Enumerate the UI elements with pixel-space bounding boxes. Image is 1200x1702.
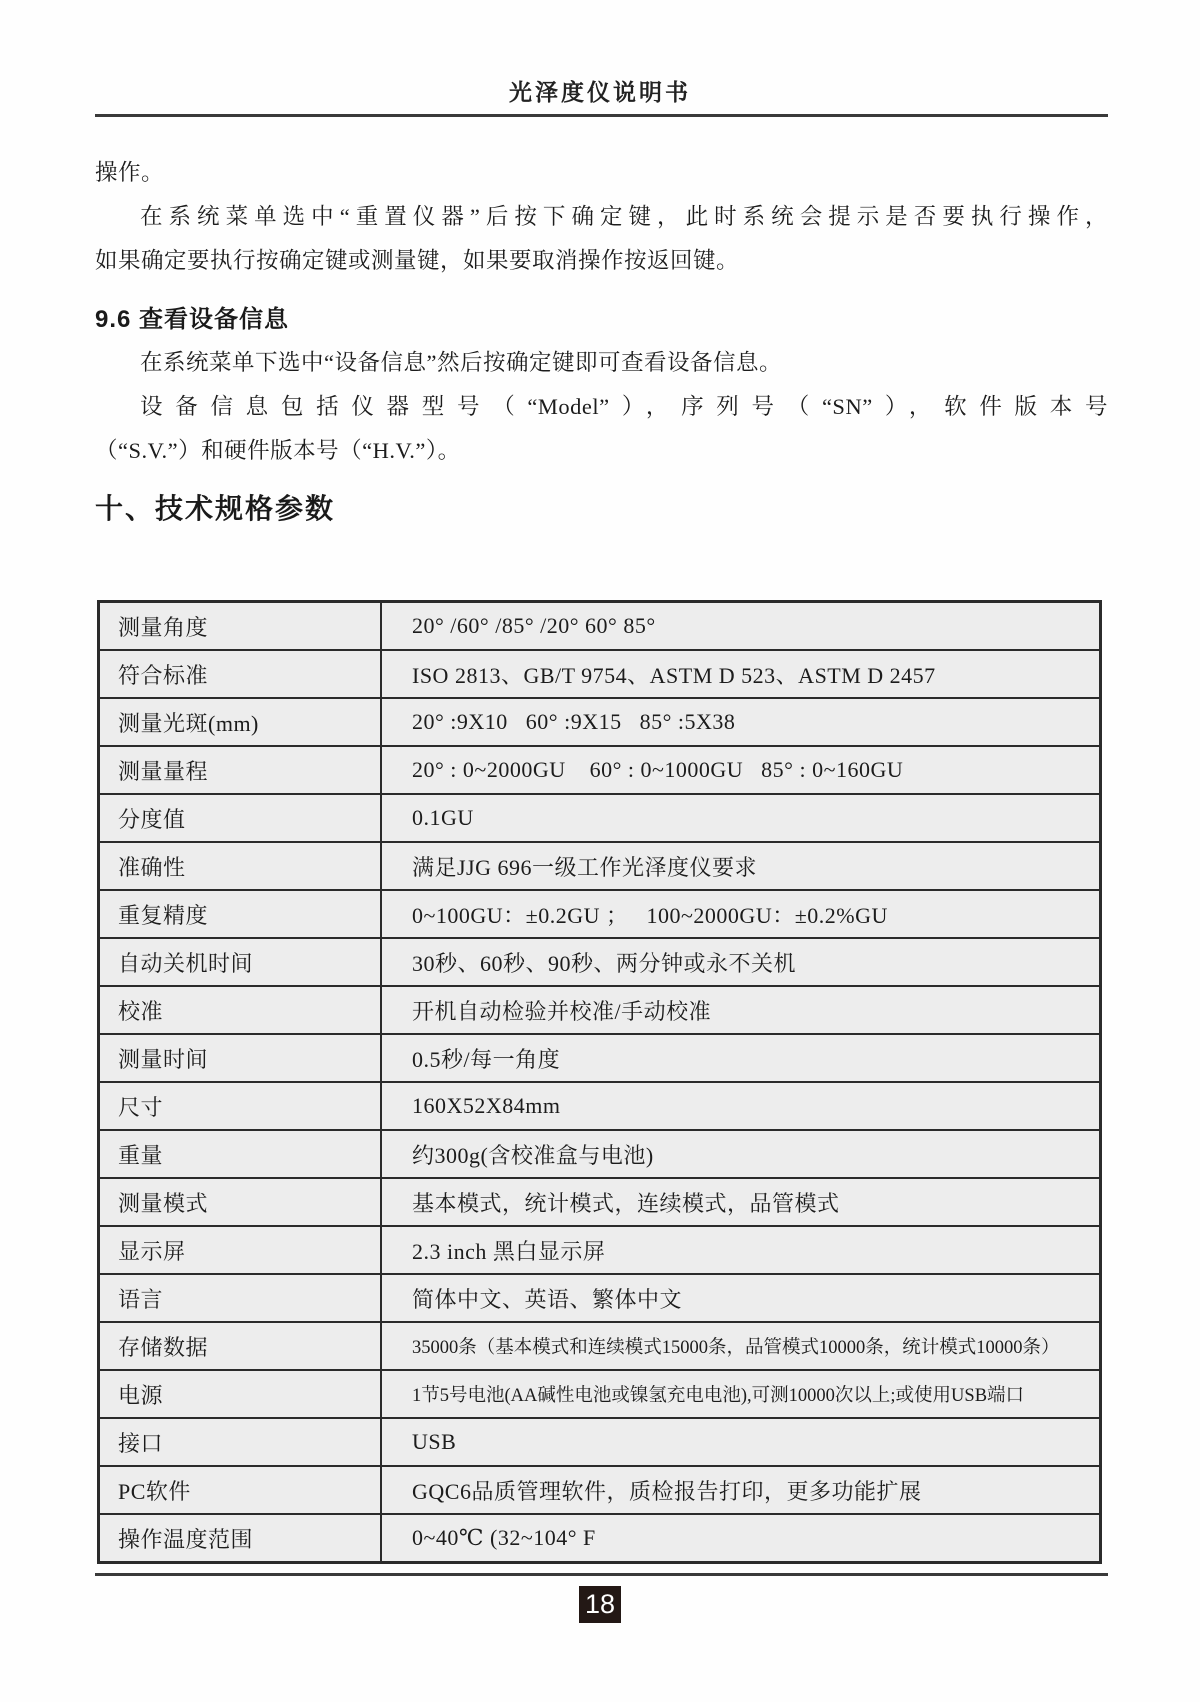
page-number-badge: 18 [579,1586,621,1623]
spec-label: 测量时间 [99,1034,382,1082]
spec-label: 校准 [99,986,382,1034]
spec-value: 160X52X84mm [381,1082,1101,1130]
spec-label: 测量量程 [99,746,382,794]
intro-reset-line1: 在系统菜单选中“重置仪器”后按下确定键，此时系统会提示是否要执行操作， [95,195,1108,239]
specs-table: 测量角度 20° /60° /85° /20° 60° 85° 符合标准 ISO… [97,600,1102,1564]
intro-operation-line: 操作。 [95,151,1108,195]
spec-label: 测量模式 [99,1178,382,1226]
spec-value: 基本模式，统计模式，连续模式，品管模式 [381,1178,1101,1226]
spec-value: 0.5秒/每一角度 [381,1034,1101,1082]
table-row-measure-angle: 测量角度 20° /60° /85° /20° 60° 85° [99,602,1101,651]
spec-label: 存储数据 [99,1322,382,1370]
spec-label: 接口 [99,1418,382,1466]
table-row-dimensions: 尺寸 160X52X84mm [99,1082,1101,1130]
spec-value: 1节5号电池(AA碱性电池或镍氢充电电池),可测10000次以上;或使用USB端… [381,1370,1101,1418]
spec-label: 准确性 [99,842,382,890]
spec-label: 测量光斑(mm) [99,698,382,746]
spec-value: 20° /60° /85° /20° 60° 85° [381,602,1101,651]
spec-value: 约300g(含校准盒与电池) [381,1130,1101,1178]
table-row-standards: 符合标准 ISO 2813、GB/T 9754、ASTM D 523、ASTM … [99,650,1101,698]
table-row-division-value: 分度值 0.1GU [99,794,1101,842]
footer-rule [95,1573,1108,1576]
spec-label: 重复精度 [99,890,382,938]
spec-label: 显示屏 [99,1226,382,1274]
spec-label: 自动关机时间 [99,938,382,986]
section-9-6-body: 在系统菜单下选中“设备信息”然后按确定键即可查看设备信息。 设备信息包括仪器型号… [95,341,1108,473]
spec-value: 20° : 0~2000GU 60° : 0~1000GU 85° : 0~16… [381,746,1101,794]
spec-label: 符合标准 [99,650,382,698]
table-row-auto-off: 自动关机时间 30秒、60秒、90秒、两分钟或永不关机 [99,938,1101,986]
spec-label: 语言 [99,1274,382,1322]
manual-page: 光泽度仪说明书 操作。 在系统菜单选中“重置仪器”后按下确定键，此时系统会提示是… [0,0,1200,1702]
header-rule [95,114,1108,117]
spec-value: 2.3 inch 黑白显示屏 [381,1226,1101,1274]
spec-label: 分度值 [99,794,382,842]
table-row-display: 显示屏 2.3 inch 黑白显示屏 [99,1226,1101,1274]
spec-value: 0~100GU：±0.2GU ； 100~2000GU：±0.2%GU [381,890,1101,938]
table-row-measure-time: 测量时间 0.5秒/每一角度 [99,1034,1101,1082]
table-row-power: 电源 1节5号电池(AA碱性电池或镍氢充电电池),可测10000次以上;或使用U… [99,1370,1101,1418]
table-row-storage: 存储数据 35000条（基本模式和连续模式15000条，品管模式10000条，统… [99,1322,1101,1370]
section-9-6-heading: 9.6 查看设备信息 [95,299,289,334]
table-row-spot-size: 测量光斑(mm) 20° :9X10 60° :9X15 85° :5X38 [99,698,1101,746]
spec-value: 30秒、60秒、90秒、两分钟或永不关机 [381,938,1101,986]
spec-value: 20° :9X10 60° :9X15 85° :5X38 [381,698,1101,746]
document-title: 光泽度仪说明书 [0,74,1200,107]
section-10-heading: 十、技术规格参数 [95,487,335,527]
table-row-measure-modes: 测量模式 基本模式，统计模式，连续模式，品管模式 [99,1178,1101,1226]
spec-value: 满足JJG 696一级工作光泽度仪要求 [381,842,1101,890]
table-row-repeatability: 重复精度 0~100GU：±0.2GU ； 100~2000GU：±0.2%GU [99,890,1101,938]
spec-value: 简体中文、英语、繁体中文 [381,1274,1101,1322]
table-row-measure-range: 测量量程 20° : 0~2000GU 60° : 0~1000GU 85° :… [99,746,1101,794]
intro-reset-line2: 如果确定要执行按确定键或测量键，如果要取消操作按返回键。 [95,239,1108,283]
spec-value: 0~40℃ (32~104° F [381,1514,1101,1563]
table-row-accuracy: 准确性 满足JJG 696一级工作光泽度仪要求 [99,842,1101,890]
spec-label: 操作温度范围 [99,1514,382,1563]
spec-label: 电源 [99,1370,382,1418]
table-row-languages: 语言 简体中文、英语、繁体中文 [99,1274,1101,1322]
intro-section: 操作。 在系统菜单选中“重置仪器”后按下确定键，此时系统会提示是否要执行操作， … [95,151,1108,283]
spec-label: 尺寸 [99,1082,382,1130]
device-info-para2-line1: 设备信息包括仪器型号（“Model”），序列号（“SN”），软件版本号 [95,385,1108,429]
table-row-pc-software: PC软件 GQC6品质管理软件，质检报告打印，更多功能扩展 [99,1466,1101,1514]
table-row-calibration: 校准 开机自动检验并校准/手动校准 [99,986,1101,1034]
spec-value: ISO 2813、GB/T 9754、ASTM D 523、ASTM D 245… [381,650,1101,698]
table-row-operating-temp: 操作温度范围 0~40℃ (32~104° F [99,1514,1101,1563]
table-row-interface: 接口 USB [99,1418,1101,1466]
spec-value: 0.1GU [381,794,1101,842]
table-row-weight: 重量 约300g(含校准盒与电池) [99,1130,1101,1178]
device-info-para2-line2: （“S.V.”）和硬件版本号（“H.V.”）。 [95,429,1108,473]
spec-label: PC软件 [99,1466,382,1514]
device-info-para1: 在系统菜单下选中“设备信息”然后按确定键即可查看设备信息。 [95,341,1108,385]
spec-value: 35000条（基本模式和连续模式15000条，品管模式10000条，统计模式10… [381,1322,1101,1370]
spec-value: GQC6品质管理软件，质检报告打印，更多功能扩展 [381,1466,1101,1514]
spec-value: USB [381,1418,1101,1466]
spec-label: 测量角度 [99,602,382,651]
spec-label: 重量 [99,1130,382,1178]
spec-value: 开机自动检验并校准/手动校准 [381,986,1101,1034]
